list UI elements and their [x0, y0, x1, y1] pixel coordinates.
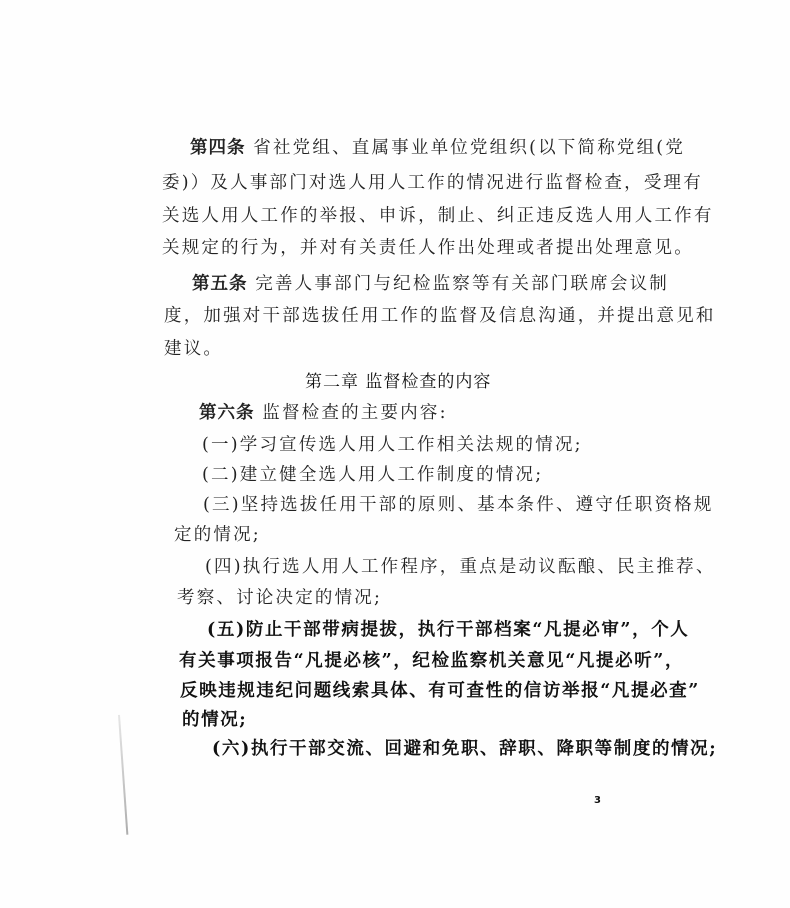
- article-4-line-1: 第四条 省社党组、直属事业单位党组织(以下简称党组(党: [190, 137, 685, 159]
- article-6-item-2: (二)建立健全选人用人工作制度的情况;: [202, 464, 543, 486]
- article-6-item-5-line-4: 的情况;: [182, 709, 247, 731]
- page-number: 3: [594, 795, 601, 806]
- article-6-item-5-line-1: (五)防止干部带病提拔，执行干部档案“凡提必审”，个人: [207, 619, 689, 641]
- article-4-text-1: 省社党组、直属事业单位党组织(以下简称党组(党: [253, 138, 685, 158]
- article-6-item-3-line-1: (三)坚持选拔任用干部的原则、基本条件、遵守任职资格规: [203, 494, 714, 516]
- article-6-item-6: (六)执行干部交流、回避和免职、辞职、降职等制度的情况;: [212, 738, 717, 760]
- document-page: 第四条 省社党组、直属事业单位党组织(以下简称党组(党 委)）及人事部门对选人用…: [0, 0, 790, 908]
- article-5-text-1: 完善人事部门与纪检监察等有关部门联席会议制: [255, 274, 669, 294]
- article-5-line-3: 建议。: [164, 338, 223, 360]
- scan-edge-artifact: [118, 715, 128, 835]
- article-5-line-2: 度，加强对干部选拔任用工作的监督及信息沟通，并提出意见和: [164, 305, 716, 327]
- article-6-item-5-line-2: 有关事项报告“凡提必核”，纪检监察机关意见“凡提必听”，: [179, 650, 684, 672]
- article-4-label: 第四条: [190, 138, 246, 158]
- article-6-item-4-line-2: 考察、讨论决定的情况;: [177, 587, 382, 609]
- article-6-label: 第六条: [199, 403, 255, 423]
- article-5-line-1: 第五条 完善人事部门与纪检监察等有关部门联席会议制: [192, 273, 669, 295]
- article-6-item-3-line-2: 定的情况;: [174, 524, 261, 546]
- article-4-line-2: 委)）及人事部门对选人用人工作的情况进行监督检查，受理有: [162, 172, 703, 194]
- article-5-label: 第五条: [192, 274, 248, 294]
- article-6-item-5-line-3: 反映违规违纪问题线索具体、有可查性的信访举报“凡提必查”: [180, 680, 700, 702]
- article-6-item-4-line-1: (四)执行选人用人工作程序，重点是动议酝酿、民主推荐、: [205, 556, 716, 578]
- article-6-line-1: 第六条 监督检查的主要内容:: [199, 402, 448, 424]
- article-4-line-3: 关选人用人工作的举报、申诉，制止、纠正违反选人用人工作有: [162, 205, 714, 227]
- article-6-intro: 监督检查的主要内容:: [262, 403, 447, 423]
- article-4-line-4: 关规定的行为，并对有关责任人作出处理或者提出处理意见。: [162, 237, 694, 259]
- article-6-item-1: (一)学习宣传选人用人工作相关法规的情况;: [202, 434, 583, 456]
- chapter-2-heading: 第二章 监督检查的内容: [305, 371, 491, 393]
